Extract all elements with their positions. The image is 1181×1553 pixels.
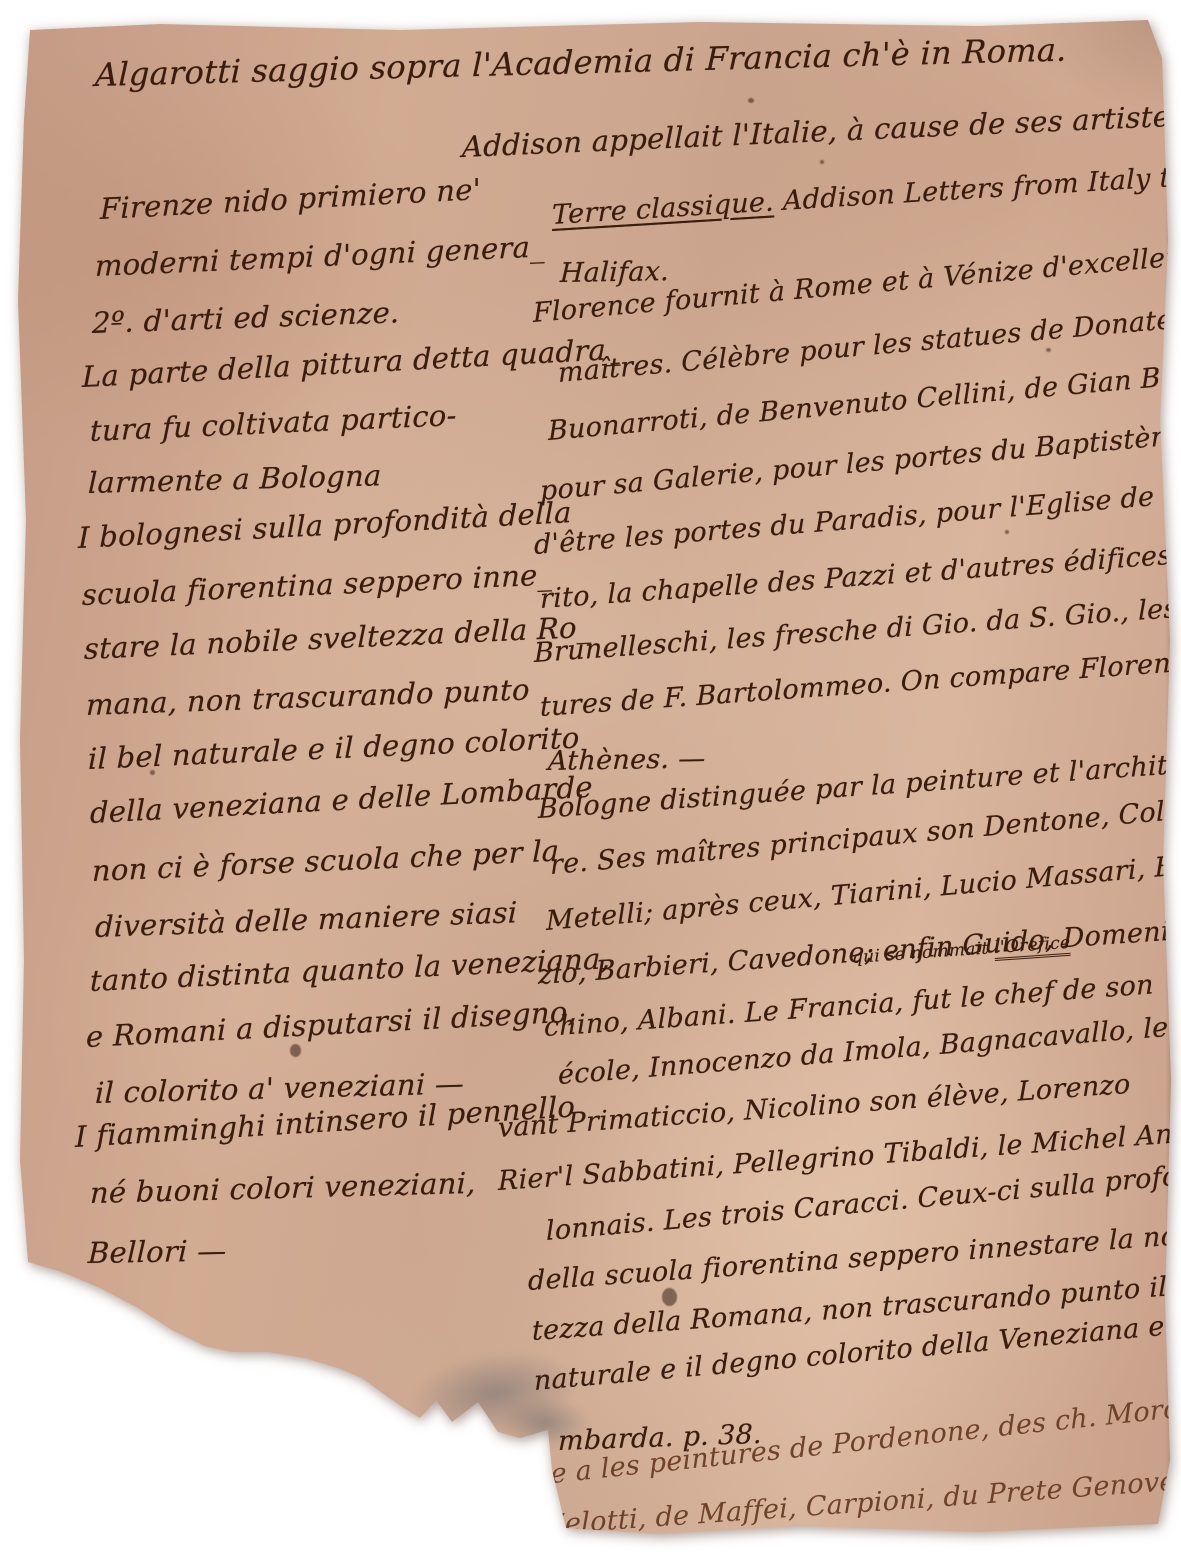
ink-speck [748,98,754,103]
paper-sheet: Algarotti saggio sopra l'Academia di Fra… [0,0,1181,1553]
left-col-line: Bellori — [87,1234,227,1270]
paper-shadow: Algarotti saggio sopra l'Academia di Fra… [0,0,1181,1553]
title-line: Algarotti saggio sopra l'Academia di Fra… [95,31,1068,94]
header-note-line: Addison appellait l'Italie, à cause de s… [462,98,1181,164]
left-col-line: 2º. d'arti ed scienze. [92,295,400,340]
ink-speck [662,1288,677,1306]
right-col-line: Athènes. — [547,743,706,777]
left-col-line: stare la nobile sveltezza della Ro_ [84,610,592,666]
intro-rest: Addison Letters from Italy to Lord [774,157,1181,218]
left-col-line: tanto distinta quanto la veneziana, [90,941,610,998]
ink-speck [290,1044,301,1057]
ink-speck [1005,530,1009,534]
left-col-line: moderni tempi d'ogni genera_ [95,229,545,283]
left-col-line: della veneziana e delle Lombarde [90,770,593,830]
left-col-line: diversità delle maniere siasi [95,895,518,944]
left-col-line: il bel naturale e il degno colorito [88,721,580,777]
underlined-phrase: Terre classique. [552,186,774,231]
left-col-line: I bolognesi sulla profondità della [78,495,572,555]
left-col-line: né buoni colori veneziani, [90,1166,477,1210]
ink-speck [1046,348,1051,352]
insertion-underlined: l'Orefice [994,933,1070,961]
left-col-line: non ci è forse scuola che per la [92,834,560,888]
right-col-intro-line: Terre classique. Addison Letters from It… [552,157,1181,231]
left-col-line: mana, non trascurando punto [86,672,530,722]
left-col-line: La parte della pittura detta quadra_ [82,332,621,394]
manuscript-scan: Algarotti saggio sopra l'Academia di Fra… [0,0,1181,1553]
right-col-line: Halifax. [559,256,669,289]
ink-speck [820,160,824,164]
left-col-line: Firenze nido primiero ne' [100,172,481,226]
left-col-line: larmente a Bologna [88,458,383,500]
left-col-line: tura fu coltivata partico- [90,398,457,448]
left-col-line: scuola fiorentina seppero inne_ [82,557,553,612]
left-col-line: e Romani a disputarsi il disegno, [86,994,577,1054]
